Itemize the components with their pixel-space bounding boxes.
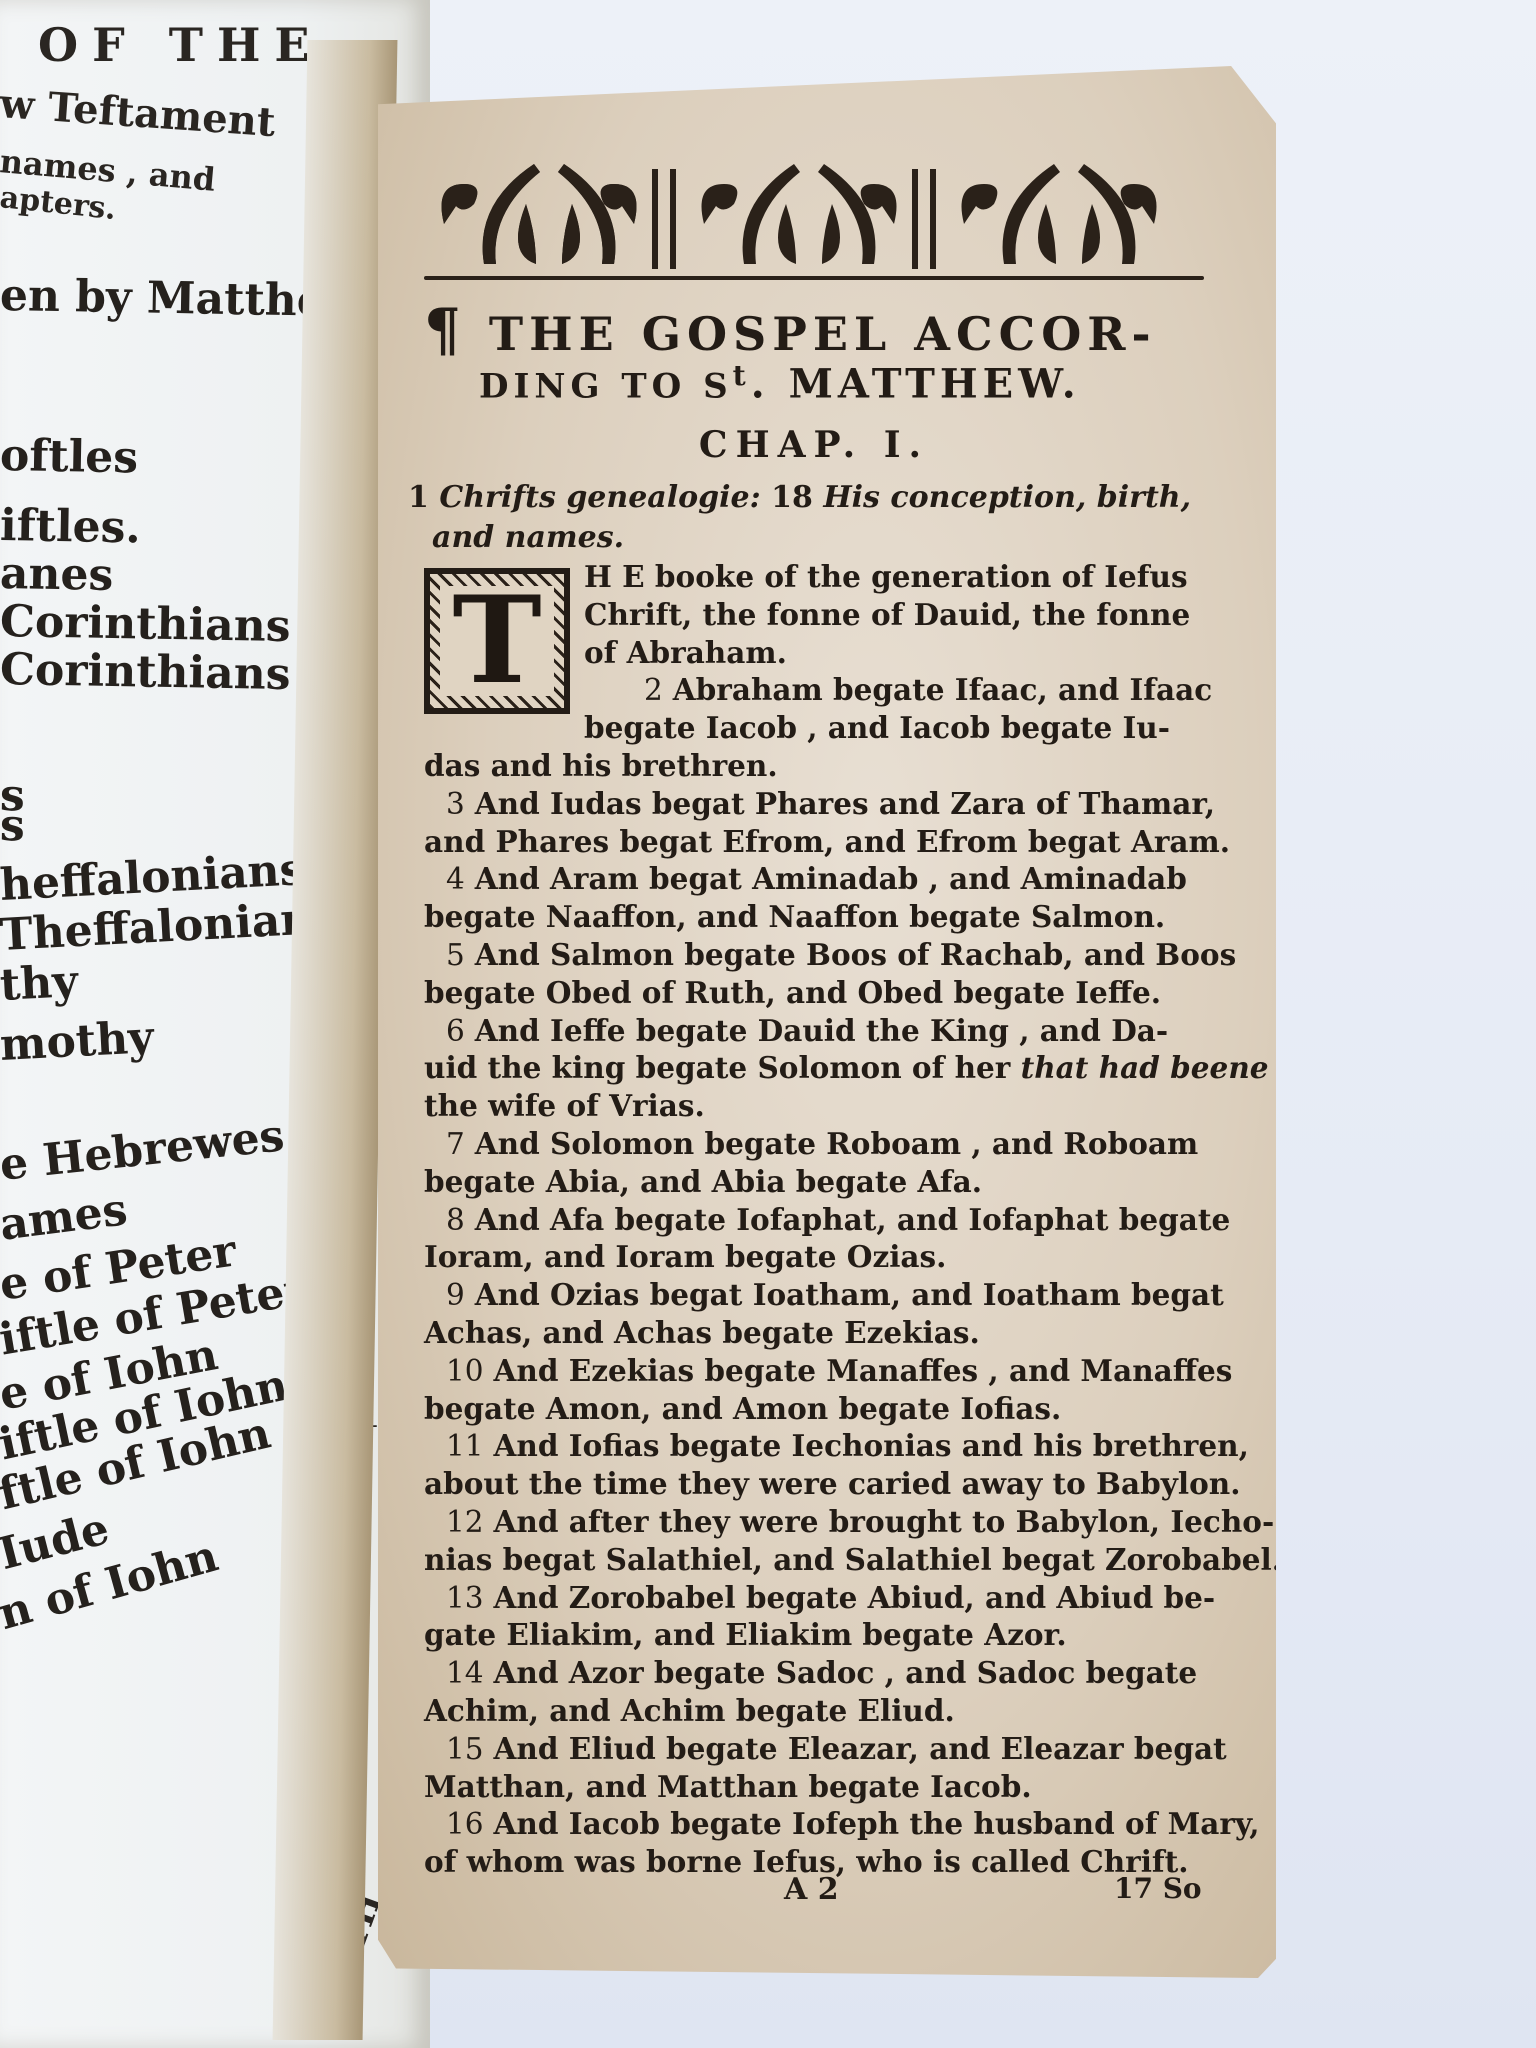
verse-line: Achas, and Achas begate Ezekias. <box>424 1314 1204 1352</box>
pilcrow-icon: ¶ <box>424 296 467 364</box>
chapter-summary: 1 Chrifts genealogie: 18 His conception,… <box>408 478 1208 558</box>
woodcut-headpiece-ornament-icon <box>424 154 1204 274</box>
summary-text-3: and names. <box>408 520 624 555</box>
italic-supplied-words: that had beene <box>1021 1050 1269 1085</box>
printer-signature-mark: A 2 <box>784 1872 839 1907</box>
verse-text: das and his brethren. <box>424 748 778 783</box>
chapter-heading: CHAP. I. <box>424 424 1204 466</box>
verse-text: And Iacob begate Iofeph the husband of M… <box>494 1806 1260 1841</box>
toc-heading-line-1: OF THE <box>38 18 324 72</box>
summary-verse-ref-1: 1 <box>408 480 429 515</box>
verse-line: 12And after they were brought to Babylon… <box>424 1503 1204 1541</box>
toc-entry: thy <box>0 956 79 1011</box>
verse-text: Matthan, and Matthan begate Iacob. <box>424 1769 1032 1804</box>
verse-line: the wife of Vrias. <box>424 1087 1204 1125</box>
verse-number: 15 <box>446 1732 484 1766</box>
verse-line: 4And Aram begat Aminadab , and Aminadab <box>424 860 1204 898</box>
toc-entry: Corinthians <box>0 596 291 652</box>
verse-text: the wife of Vrias. <box>424 1088 705 1123</box>
verse-line: 15And Eliud begate Eleazar, and Eleazar … <box>424 1730 1204 1768</box>
verse-number: 16 <box>446 1807 484 1841</box>
verse-text: begate Iacob , and Iacob begate Iu- <box>584 710 1170 745</box>
verse-line: gate Eliakim, and Eliakim begate Azor. <box>424 1616 1204 1654</box>
verse-line: 11And Iofias begate Iechonias and his br… <box>424 1427 1204 1465</box>
verse-line: begate Obed of Ruth, and Obed begate Ief… <box>424 974 1204 1012</box>
verse-text: Abraham begate Ifaac, and Ifaac <box>673 672 1212 707</box>
verse-text: begate Obed of Ruth, and Obed begate Ief… <box>424 975 1161 1010</box>
verse-line: 10And Ezekias begate Manaffes , and Mana… <box>424 1352 1204 1390</box>
book-photo: OF THE w Teftament names , and apters. e… <box>0 0 1536 2048</box>
verse-text: and Phares begat Efrom, and Efrom begat … <box>424 824 1230 859</box>
toc-entry: mothy <box>0 1012 155 1071</box>
right-page-gospel-matthew: ¶ THE GOSPEL ACCOR- DING TO St. MATTHEW.… <box>378 66 1276 1978</box>
verse-text: And Afa begate Iofaphat, and Iofaphat be… <box>475 1202 1230 1237</box>
verse-text: H E booke of the generation of Iefus <box>584 559 1188 594</box>
verse-number: 10 <box>446 1354 484 1388</box>
verse-number: 13 <box>446 1581 484 1615</box>
book-title-line-2: DING TO St. MATTHEW. <box>479 358 1081 407</box>
verse-line: and Phares begat Efrom, and Efrom begat … <box>424 823 1204 861</box>
verse-line: 3And Iudas begat Phares and Zara of Tham… <box>424 785 1204 823</box>
verse-text: gate Eliakim, and Eliakim begate Azor. <box>424 1617 1067 1652</box>
verse-text: And Iudas begat Phares and Zara of Thama… <box>475 786 1215 821</box>
verse-line: H E booke of the generation of Iefus <box>424 558 1204 596</box>
verse-line: Ioram, and Ioram begate Ozias. <box>424 1238 1204 1276</box>
verse-number: 9 <box>446 1278 465 1312</box>
verse-line: 5And Salmon begate Boos of Rachab, and B… <box>424 936 1204 974</box>
verse-text: Chrift, the fonne of Dauid, the fonne <box>584 597 1190 632</box>
verse-number: 14 <box>446 1656 484 1690</box>
verse-text: begate Amon, and Amon begate Iofias. <box>424 1391 1061 1426</box>
verse-text: uid the king begate Solomon of her <box>424 1050 1010 1085</box>
verse-text: And Iofias begate Iechonias and his bret… <box>494 1428 1249 1463</box>
toc-entry: oftles <box>0 430 139 483</box>
verse-number: 2 <box>644 673 663 707</box>
verse-text: Achas, and Achas begate Ezekias. <box>424 1315 980 1350</box>
title-text-2a: DING TO S <box>479 366 733 406</box>
verse-text: of Abraham. <box>584 635 787 670</box>
verse-text: And Solomon begate Roboam , and Roboam <box>475 1126 1198 1161</box>
verse-text: nias begat Salathiel, and Salathiel bega… <box>424 1542 1282 1577</box>
verse-number: 6 <box>446 1014 465 1048</box>
verse-number: 11 <box>446 1429 484 1463</box>
verse-number: 3 <box>446 787 465 821</box>
verse-text: And Azor begate Sadoc , and Sadoc begate <box>494 1655 1198 1690</box>
verse-line: begate Abia, and Abia begate Afa. <box>424 1163 1204 1201</box>
verse-line: 7And Solomon begate Roboam , and Roboam <box>424 1125 1204 1163</box>
verse-number: 4 <box>446 862 465 896</box>
verse-number: 7 <box>446 1127 465 1161</box>
title-text-2b: . MATTHEW. <box>751 360 1081 407</box>
verse-line: Achim, and Achim begate Eliud. <box>424 1692 1204 1730</box>
verse-text: And after they were brought to Babylon, … <box>494 1504 1275 1539</box>
verse-text: And Salmon begate Boos of Rachab, and Bo… <box>475 937 1236 972</box>
title-superscript: t <box>733 358 751 392</box>
verse-text: begate Abia, and Abia begate Afa. <box>424 1164 982 1199</box>
verse-line: 2Abraham begate Ifaac, and Ifaac <box>424 671 1204 709</box>
verse-line: uid the king begate Solomon of her that … <box>424 1049 1204 1087</box>
verse-line: 13And Zorobabel begate Abiud, and Abiud … <box>424 1579 1204 1617</box>
verse-line: 6And Ieffe begate Dauid the King , and D… <box>424 1012 1204 1050</box>
verse-line: 8And Afa begate Iofaphat, and Iofaphat b… <box>424 1201 1204 1239</box>
verse-line: begate Iacob , and Iacob begate Iu- <box>424 709 1204 747</box>
verse-line: das and his brethren. <box>424 747 1204 785</box>
verse-text: And Eliud begate Eleazar, and Eleazar be… <box>494 1731 1227 1766</box>
verse-line: Chrift, the fonne of Dauid, the fonne <box>424 596 1204 634</box>
toc-heading-line-2: w Teftament <box>0 80 277 146</box>
toc-entry: s <box>0 800 25 851</box>
scripture-text: H E booke of the generation of IefusChri… <box>424 558 1204 1881</box>
verse-text: Achim, and Achim begate Eliud. <box>424 1693 955 1728</box>
verse-line: Matthan, and Matthan begate Iacob. <box>424 1768 1204 1806</box>
title-text-1: THE GOSPEL ACCOR- <box>489 307 1157 361</box>
verse-line: nias begat Salathiel, and Salathiel bega… <box>424 1541 1204 1579</box>
verse-line: about the time they were caried away to … <box>424 1465 1204 1503</box>
toc-entry: ames <box>0 1184 130 1251</box>
verse-line: begate Amon, and Amon begate Iofias. <box>424 1390 1204 1428</box>
verse-number: 12 <box>446 1505 484 1539</box>
verse-text: Ioram, and Ioram begate Ozias. <box>424 1239 946 1274</box>
headpiece-rule <box>424 276 1204 280</box>
verse-line: of Abraham. <box>424 634 1204 672</box>
summary-verse-ref-2: 18 <box>771 480 813 515</box>
verse-text: And Ezekias begate Manaffes , and Manaff… <box>494 1353 1233 1388</box>
toc-entry: anes <box>0 548 114 601</box>
verse-line: 9And Ozias begat Ioatham, and Ioatham be… <box>424 1276 1204 1314</box>
summary-text-1: Chrifts genealogie: <box>439 480 760 515</box>
verse-number: 5 <box>446 938 465 972</box>
verse-text: And Aram begat Aminadab , and Aminadab <box>475 861 1187 896</box>
verse-text: begate Naaffon, and Naaffon begate Salmo… <box>424 899 1165 934</box>
verse-line: begate Naaffon, and Naaffon begate Salmo… <box>424 898 1204 936</box>
verse-line: 14And Azor begate Sadoc , and Sadoc bega… <box>424 1654 1204 1692</box>
summary-text-2: His conception, birth, <box>823 480 1191 515</box>
verse-text: And Zorobabel begate Abiud, and Abiud be… <box>494 1580 1216 1615</box>
toc-entry: e Hebrewes <box>0 1110 287 1191</box>
toc-entry: iftles. <box>0 500 141 553</box>
verse-text: And Ieffe begate Dauid the King , and Da… <box>475 1013 1168 1048</box>
book-title-line-1: ¶ THE GOSPEL ACCOR- <box>424 296 1204 364</box>
verse-text: about the time they were caried away to … <box>424 1466 1240 1501</box>
toc-entry: Corinthians <box>0 644 291 700</box>
verse-line: 16And Iacob begate Iofeph the husband of… <box>424 1805 1204 1843</box>
catchword: 17 So <box>1114 1872 1202 1905</box>
verse-number: 8 <box>446 1203 465 1237</box>
verse-text: And Ozias begat Ioatham, and Ioatham beg… <box>475 1277 1224 1312</box>
